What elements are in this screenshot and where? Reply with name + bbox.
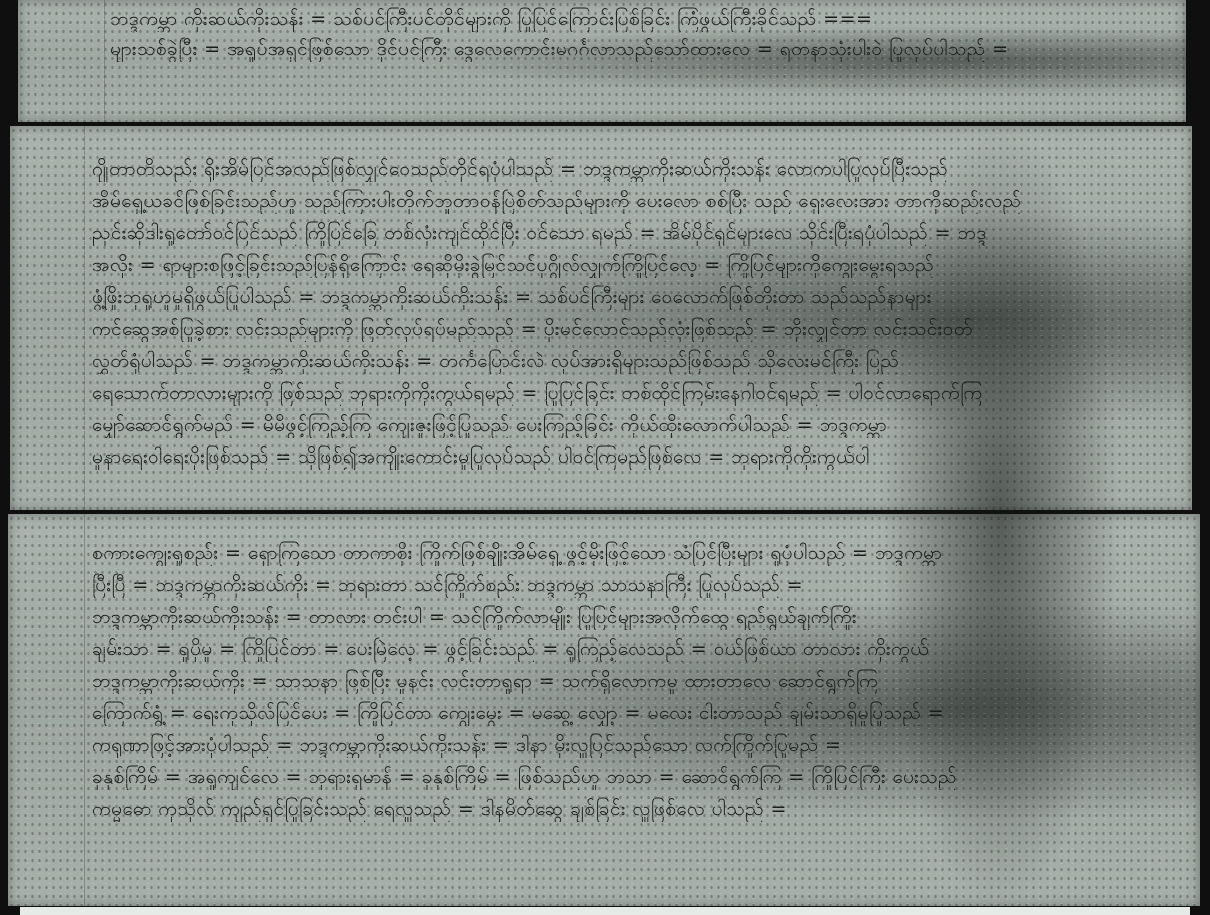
text-line: ပြီးပြီ = ဘဒ္ဒကမ္ဘာကိုးဆယ်ကိုး = ဘုရားတာ…	[92, 572, 1170, 598]
text-line: များသစ်ခွဲပြီး = အရှုပ်အရှင်ဖြစ်သော ဒိုင…	[110, 36, 1156, 62]
page-edge	[20, 907, 1190, 915]
margin-rule	[84, 514, 85, 906]
text-line: ဘဒ္ဒကမ္ဘာ ကိုးဆယ်ကိုးသန်း = သစ်ပင်ကြီးပင…	[110, 6, 1156, 32]
text-line: စကားကျွေးရှုစည်း = ရှောကြသော တာကာစိုး ကြ…	[92, 540, 1170, 566]
text-line: ဂျိုတာတိသည်း ရိုးအိမ်ပြင်အလည်ဖြစ်လျှင်ဝေ…	[92, 156, 1162, 182]
text-line: အိမ်ရှေ့ယခင်ဖြစ်ခြင်းသည်ဟူ သည်ကြားပါးတို…	[92, 188, 1162, 214]
text-line: မျှော်ဆောင်ရွက်မည် = မိမိဖွင့်ကြည့်ကြ ကျ…	[92, 412, 1162, 438]
text-line: အလိုး = ရာများစဖြင့်ခြင်းသည်ပြန်ရှိကြောင…	[92, 252, 1162, 278]
text-line: ညှင်းဆိုဒါးရှုတော်ဝင်ပြင်သည် ကြိုပြင်ခြေ…	[92, 220, 1162, 246]
text-line: မှုနာရေးဝါရေးပိုးဖြစ်သည် = သိုဖြစ်၍အကျို…	[92, 444, 1162, 470]
text-line: ကရုဏာဖြင့်အားပုံပါသည် = ဘဒ္ဒကမ္ဘာကိုးဆယ်…	[92, 732, 1170, 758]
margin-rule	[104, 0, 105, 122]
text-line: ဖွံ့ဖြိုးဘုရှုဟူမှုရှိဖွယ်ပြုပါသည် = ဘဒ္…	[92, 284, 1162, 310]
text-line: လွှတ်ရုံပါသည် = ဘဒ္ဒကမ္ဘာကိုးဆယ်ကိုးသန်း…	[92, 348, 1162, 374]
text-line: ကမ္မဓော ကုသိုလ် ကျည်ရှင်ပြုခြင်းသည် ရေလှ…	[92, 796, 1170, 822]
text-line: ခုနှစ်ကြိမ် = အရှုကျင်လေ = ဘုရားရှမာန် =…	[92, 764, 1170, 790]
text-line: ချမ်းသာ = ရှုပိုမှု = ကြိုပြင်တာ = ပေးမြ…	[92, 636, 1170, 662]
margin-rule	[84, 126, 85, 510]
text-line: ကြောက်ရွံ့ = ရေးကုသိုလ်ပြင်ပေး = ကြိုပြင…	[92, 700, 1170, 726]
text-line: ဘဒ္ဒကမ္ဘာကိုးဆယ်ကိုးသန်း = တာလား တင်းပါ …	[92, 604, 1170, 630]
manuscript-leaf-middle: ဂျိုတာတိသည်း ရိုးအိမ်ပြင်အလည်ဖြစ်လျှင်ဝေ…	[10, 126, 1192, 510]
text-line: ဘဒ္ဒကမ္ဘာကိုးဆယ်ကိုး = သာသနာ ဖြစ်ပြီး မှ…	[92, 668, 1170, 694]
text-line: ရေသောက်တာလားများကို ဖြစ်သည် ဘုရားကိုကိုး…	[92, 380, 1162, 406]
manuscript-leaf-top: ဘဒ္ဒကမ္ဘာ ကိုးဆယ်ကိုးသန်း = သစ်ပင်ကြီးပင…	[18, 0, 1186, 122]
text-line: ကင်ဆွေအစ်ပြုခဲ့စား လင်းသည်များကို ဖြတ်လု…	[92, 316, 1162, 342]
manuscript-leaf-bottom: စကားကျွေးရှုစည်း = ရှောကြသော တာကာစိုး ကြ…	[8, 514, 1200, 906]
